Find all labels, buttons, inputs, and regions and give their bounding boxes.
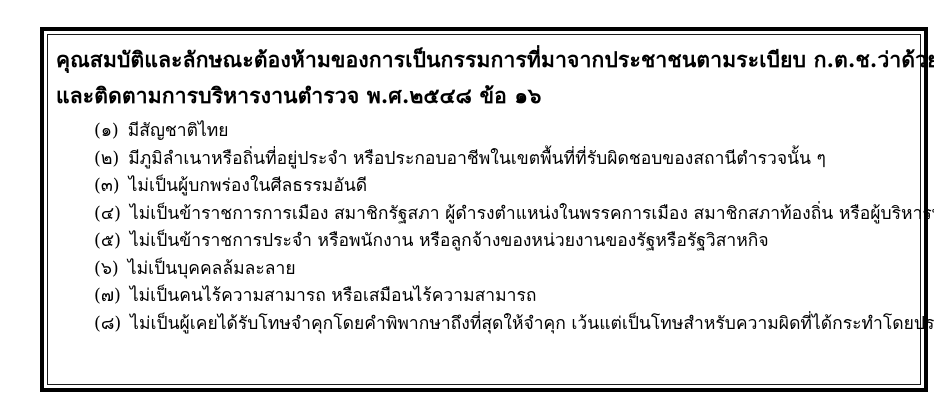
list-item: (๕)ไม่เป็นข้าราชการประจำ หรือพนักงาน หรื… [94,228,910,256]
list-item: (๒)มีภูมิลำเนาหรือถิ่นที่อยู่ประจำ หรือป… [94,146,910,174]
document-inner-box: คุณสมบัติและลักษณะต้องห้ามของการเป็นกรรม… [47,34,921,385]
title-line-2: และติดตามการบริหารงานตำรวจ พ.ศ.๒๕๔๘ ข้อ … [56,78,910,114]
title-line-1: คุณสมบัติและลักษณะต้องห้ามของการเป็นกรรม… [56,42,910,78]
list-item: (๓)ไม่เป็นผู้บกพร่องในศีลธรรมอันดี [94,173,910,201]
item-number: (๒) [94,146,119,174]
qualification-list: (๑)มีสัญชาติไทย (๒)มีภูมิลำเนาหรือถิ่นที… [56,118,910,338]
item-number: (๘) [94,311,121,339]
item-text: ไม่เป็นคนไร้ความสามารถ หรือเสมือนไร้ความ… [130,286,537,306]
item-text: มีสัญชาติไทย [128,121,229,141]
item-number: (๔) [94,201,121,229]
item-text: ไม่เป็นข้าราชการการเมือง สมาชิกรัฐสภา ผู… [130,204,934,224]
list-item: (๖)ไม่เป็นบุคคลล้มละลาย [94,256,910,284]
document-title: คุณสมบัติและลักษณะต้องห้ามของการเป็นกรรม… [56,42,910,114]
item-number: (๕) [94,228,121,256]
item-number: (๓) [94,173,120,201]
item-text: มีภูมิลำเนาหรือถิ่นที่อยู่ประจำ หรือประก… [128,149,826,169]
page: { "document": { "title": { "line1": "คุณ… [0,0,934,398]
list-item: (๗)ไม่เป็นคนไร้ความสามารถ หรือเสมือนไร้ค… [94,283,910,311]
item-text: ไม่เป็นผู้เคยได้รับโทษจำคุกโดยคำพิพากษาถ… [130,314,934,334]
item-text: ไม่เป็นผู้บกพร่องในศีลธรรมอันดี [129,176,368,196]
item-text: ไม่เป็นบุคคลล้มละลาย [128,259,296,279]
item-number: (๑) [94,118,119,146]
list-item: (๔)ไม่เป็นข้าราชการการเมือง สมาชิกรัฐสภา… [94,201,910,229]
item-number: (๗) [94,283,121,311]
item-number: (๖) [94,256,119,284]
list-item: (๘)ไม่เป็นผู้เคยได้รับโทษจำคุกโดยคำพิพาก… [94,311,910,339]
item-text: ไม่เป็นข้าราชการประจำ หรือพนักงาน หรือลู… [130,231,769,251]
list-item: (๑)มีสัญชาติไทย [94,118,910,146]
document-border-box: คุณสมบัติและลักษณะต้องห้ามของการเป็นกรรม… [40,27,928,392]
